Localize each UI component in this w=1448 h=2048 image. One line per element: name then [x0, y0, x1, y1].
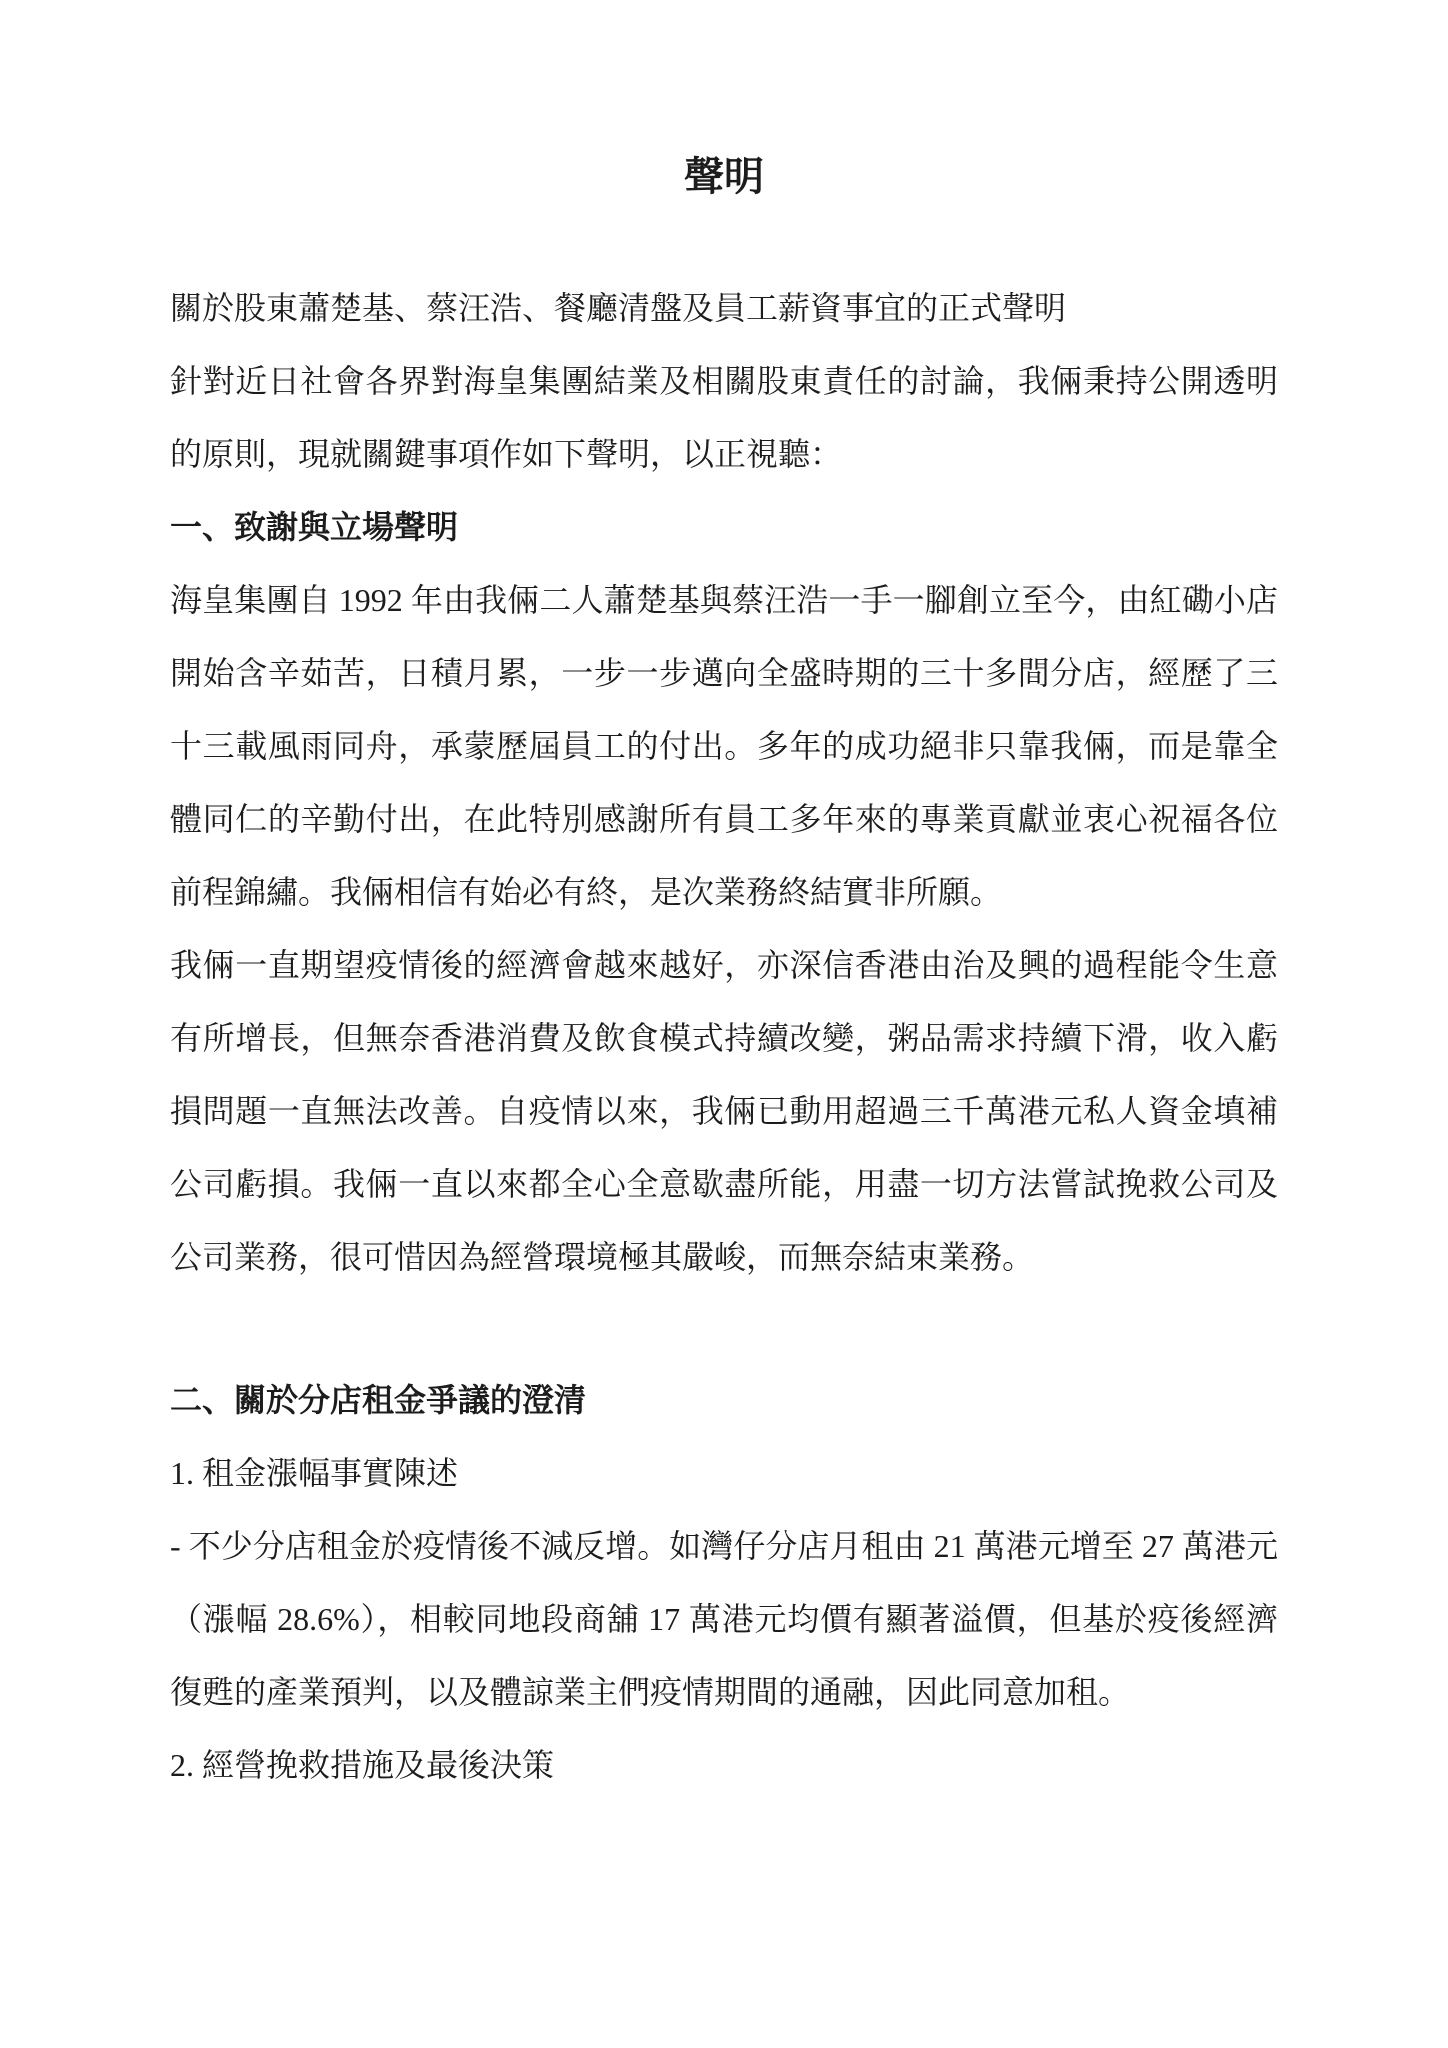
section-1-paragraph-1: 海皇集團自 1992 年由我倆二人蕭楚基與蔡汪浩一手一腳創立至今，由紅磡小店開始… [170, 564, 1278, 929]
document-subtitle: 關於股東蕭楚基、蔡汪浩、餐廳清盤及員工薪資事宜的正式聲明 [170, 272, 1278, 345]
intro-paragraph: 針對近日社會各界對海皇集團結業及相關股東責任的討論，我倆秉持公開透明的原則，現就… [170, 345, 1278, 491]
page-title: 聲明 [170, 140, 1278, 213]
document-page: 聲明 關於股東蕭楚基、蔡汪浩、餐廳清盤及員工薪資事宜的正式聲明 針對近日社會各界… [0, 0, 1448, 2048]
section-2-item-1-body: - 不少分店租金於疫情後不減反增。如灣仔分店月租由 21 萬港元增至 27 萬港… [170, 1510, 1278, 1729]
section-1-paragraph-2: 我倆一直期望疫情後的經濟會越來越好，亦深信香港由治及興的過程能令生意有所增長，但… [170, 929, 1278, 1294]
document-content: 聲明 關於股東蕭楚基、蔡汪浩、餐廳清盤及員工薪資事宜的正式聲明 針對近日社會各界… [0, 0, 1448, 1802]
section-2-item-2-label: 2. 經營挽救措施及最後決策 [170, 1729, 1278, 1802]
section-2-heading: 二、關於分店租金爭議的澄清 [170, 1364, 1278, 1437]
section-2-item-1-label: 1. 租金漲幅事實陳述 [170, 1437, 1278, 1510]
section-1-heading: 一、致謝與立場聲明 [170, 491, 1278, 564]
